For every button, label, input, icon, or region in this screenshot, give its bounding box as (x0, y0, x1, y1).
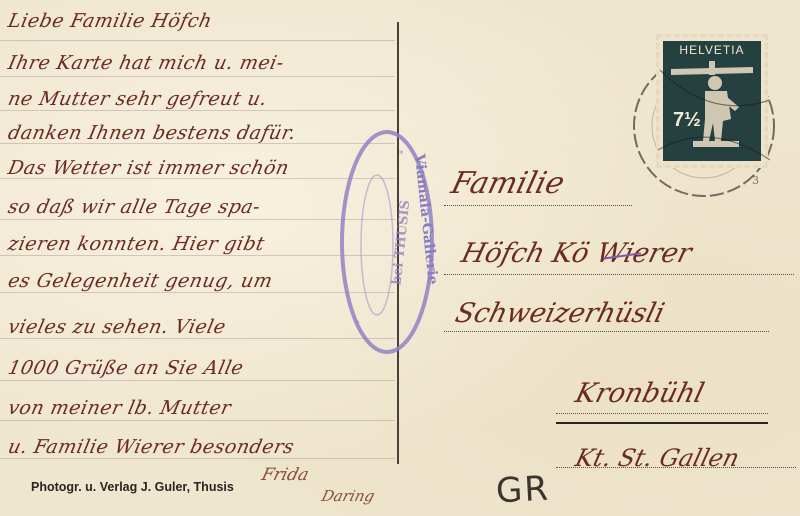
signature: Frida (260, 465, 311, 485)
message-line: zieren konnten. Hier gibt (6, 233, 267, 255)
address-dotted-line (556, 413, 768, 414)
address-dotted-line (444, 274, 794, 275)
message-line: u. Familie Wierer besonders (6, 436, 296, 458)
address-underline (556, 422, 768, 424)
address-line-3: Schweizerhüsli (452, 298, 667, 329)
cachet-stamp: * * Viamala-Gallerie bei THUSIS (337, 127, 437, 357)
ruled-line (0, 255, 395, 256)
svg-text:*: * (355, 320, 360, 330)
message-line: danken Ihnen bestens dafür. (6, 122, 298, 144)
ruled-line (0, 40, 395, 41)
ruled-line (0, 76, 395, 77)
ruled-line (0, 420, 395, 421)
message-line: ne Mutter sehr gefreut u. (6, 88, 269, 110)
address-line-4: Kronbühl (572, 378, 707, 409)
message-line: 1000 Grüße an Sie Alle (6, 357, 246, 379)
message-line: Liebe Familie Höfch (6, 10, 214, 32)
ruled-line (0, 110, 395, 111)
ruled-line (0, 380, 395, 381)
ruled-line (0, 292, 395, 293)
svg-text:*: * (399, 150, 404, 160)
message-line: Das Wetter ist immer schön (6, 157, 291, 179)
publisher-imprint: Photogr. u. Verlag J. Guler, Thusis (31, 480, 234, 494)
ruled-line (0, 458, 395, 459)
stamp-country: HELVETIA (663, 43, 761, 57)
signature-surname: Daring (320, 487, 377, 505)
message-line: von meiner lb. Mutter (6, 397, 233, 419)
postcard: Liebe Familie Höfch Ihre Karte hat mich … (0, 0, 800, 516)
address-line-1: Familie (448, 166, 568, 201)
ruled-line (0, 219, 395, 220)
address-dotted-line (444, 331, 769, 332)
message-line: so daß wir alle Tage spa- (6, 196, 262, 218)
ruled-line (0, 338, 395, 339)
message-line: es Gelegenheit genug, um (6, 270, 275, 292)
address-dotted-line (556, 467, 796, 468)
address-dotted-line (444, 205, 632, 206)
message-area: Liebe Familie Höfch Ihre Karte hat mich … (0, 0, 395, 516)
cancellation-lines-icon (640, 60, 780, 180)
message-line: Ihre Karte hat mich u. mei- (6, 52, 286, 74)
pencil-note: GR (495, 469, 551, 512)
address-line-2: Höfch Kö Wierer (458, 238, 695, 269)
message-line: vieles zu sehen. Viele (6, 316, 228, 338)
